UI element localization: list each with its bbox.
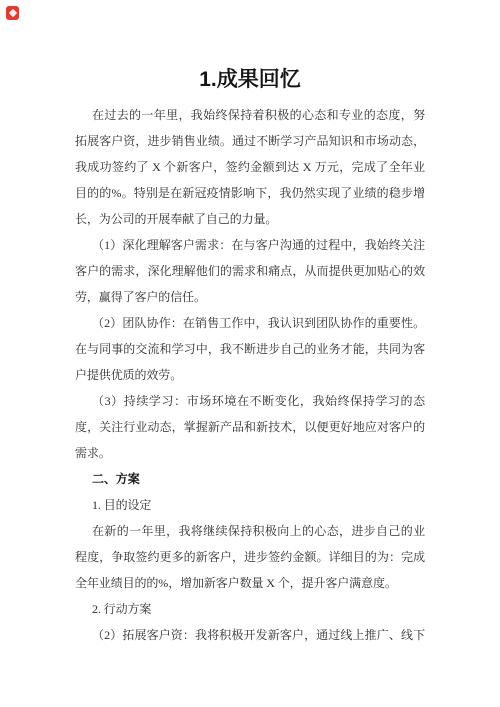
document-page: 1.成果回忆 在过去的一年里，我始终保持着积极的心态和专业的态度，努力拓展客户资…: [0, 0, 500, 707]
text-line: 全年业绩目的的%，增加新客户数量 X 个，提升客户满意度。: [75, 570, 425, 596]
text-line: 2. 行动方案: [75, 596, 425, 622]
document-body: 1.成果回忆 在过去的一年里，我始终保持着积极的心态和专业的态度，努力拓展客户资…: [75, 67, 425, 648]
text-line: 长，为公司的开展奉献了自己的力量。: [75, 206, 425, 232]
text-line: 客户的需求，深化理解他们的需求和痛点，从而提供更加贴心的效: [75, 258, 425, 284]
text-line: 1. 目的设定: [75, 492, 425, 518]
text-line: （1）深化理解客户需求：在与客户沟通的过程中，我始终关注: [75, 232, 425, 258]
text-line: 在与同事的交流和学习中，我不断进步自己的业务才能，共同为客: [75, 336, 425, 362]
text-line: 需求。: [75, 440, 425, 466]
red-doc-badge-icon: [6, 6, 19, 20]
page-title: 1.成果回忆: [75, 67, 425, 93]
text-line: 户提供优质的效劳。: [75, 362, 425, 388]
text-line: 在新的一年里，我将继续保持积极向上的心态，进步自己的业务: [75, 518, 425, 544]
paragraph-lines: 在过去的一年里，我始终保持着积极的心态和专业的态度，努力拓展客户资，进步销售业绩…: [75, 102, 425, 648]
text-line: （2）拓展客户资：我将积极开发新客户，通过线上推广、线下: [75, 622, 425, 648]
text-line: 程度，争取签约更多的新客户，进步签约金额。详细目的为：完成: [75, 544, 425, 570]
text-line: （2）团队协作：在销售工作中，我认识到团队协作的重要性。: [75, 310, 425, 336]
text-line: 拓展客户资，进步销售业绩。通过不断学习产品知识和市场动态，: [75, 128, 425, 154]
text-line: 度，关注行业动态，掌握新产品和新技术，以便更好地应对客户的: [75, 414, 425, 440]
text-line: 目的的%。特别是在新冠疫情影响下，我仍然实现了业绩的稳步增: [75, 180, 425, 206]
text-line: （3）持续学习：市场环境在不断变化，我始终保持学习的态: [75, 388, 425, 414]
text-line: 劳，赢得了客户的信任。: [75, 284, 425, 310]
text-line: 在过去的一年里，我始终保持着积极的心态和专业的态度，努力: [75, 102, 425, 128]
text-line: 我成功签约了 X 个新客户，签约金额到达 X 万元，完成了全年业绩: [75, 154, 425, 180]
badge-glyph: [8, 9, 16, 17]
section-heading: 二、方案: [75, 466, 425, 492]
